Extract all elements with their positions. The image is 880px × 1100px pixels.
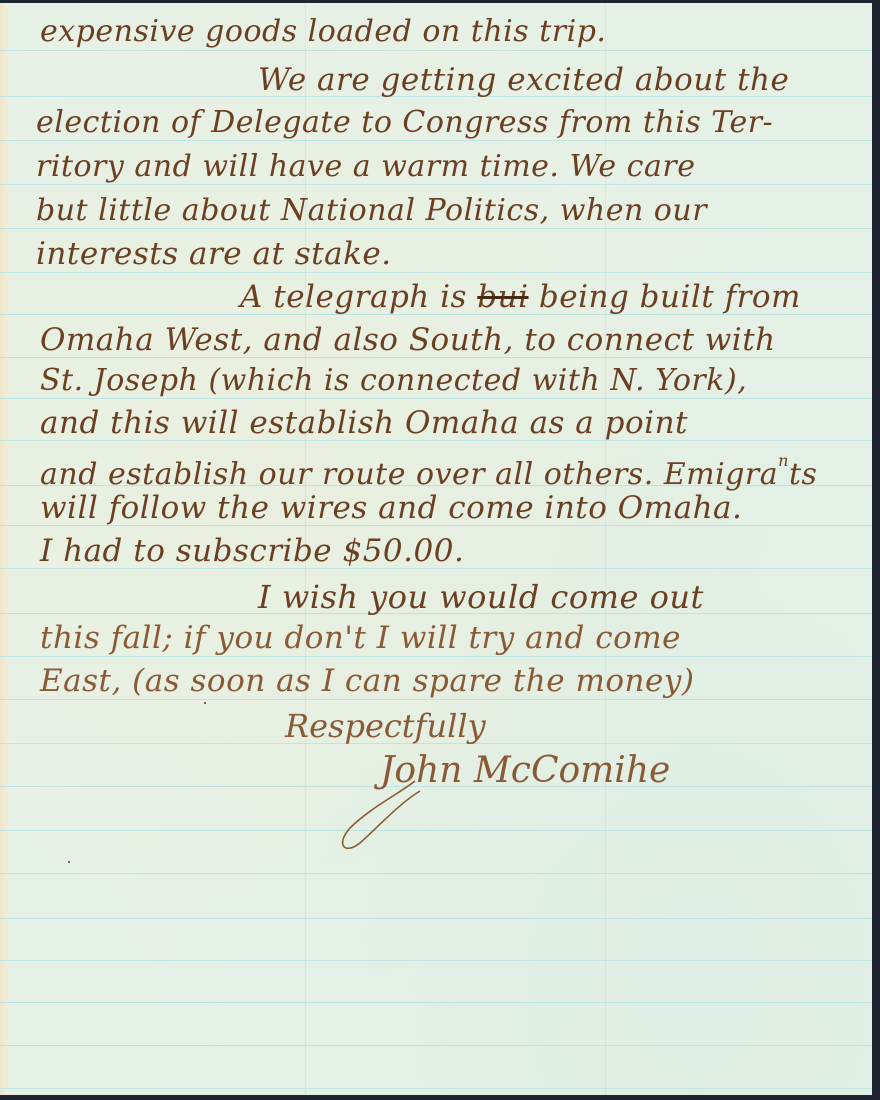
ruled-line bbox=[0, 272, 872, 273]
letter-line: will follow the wires and come into Omah… bbox=[40, 493, 742, 524]
struck-out-word: bui bbox=[477, 279, 528, 315]
letter-line: Omaha West, and also South, to connect w… bbox=[40, 325, 776, 356]
letter-line: and establish our route over all others.… bbox=[40, 453, 817, 490]
ruled-line bbox=[0, 873, 872, 874]
ruled-line bbox=[0, 228, 872, 229]
letter-line: ritory and will have a warm time. We car… bbox=[36, 152, 695, 182]
letter-line: interests are at stake. bbox=[36, 239, 392, 270]
paper-speck bbox=[68, 861, 70, 863]
letter-line: I wish you would come out bbox=[258, 581, 704, 613]
closing-salutation: Respectfully bbox=[285, 710, 486, 742]
ruled-line bbox=[0, 960, 872, 961]
superscript-insertion: n bbox=[778, 451, 789, 470]
line-text: and establish our route over all others.… bbox=[40, 457, 778, 492]
ruled-line bbox=[0, 398, 872, 399]
letter-line: We are getting excited about the bbox=[258, 65, 789, 96]
letter-line: St. Joseph (which is connected with N. Y… bbox=[40, 366, 747, 396]
ruled-line bbox=[0, 184, 872, 185]
ruled-line bbox=[0, 699, 872, 700]
ruled-line bbox=[0, 918, 872, 919]
letter-line: East, (as soon as I can spare the money) bbox=[40, 666, 694, 697]
paper-edge-margin bbox=[0, 3, 9, 1095]
letter-line: this fall; if you don't I will try and c… bbox=[40, 623, 681, 654]
paper-speck bbox=[204, 702, 206, 704]
ruled-line bbox=[0, 140, 872, 141]
ruled-line bbox=[0, 1088, 872, 1089]
letter-line: A telegraph is bui being built from bbox=[240, 282, 801, 313]
ruled-line bbox=[0, 50, 872, 51]
ruled-line bbox=[0, 1045, 872, 1046]
letter-line: election of Delegate to Congress from th… bbox=[36, 108, 773, 138]
line-text: ts bbox=[789, 457, 817, 492]
letter-page: expensive goods loaded on this trip. We … bbox=[0, 3, 872, 1095]
line-text: A telegraph is bbox=[240, 279, 477, 315]
letter-line: expensive goods loaded on this trip. bbox=[40, 17, 606, 47]
signature-flourish-icon bbox=[330, 773, 440, 853]
letter-line: and this will establish Omaha as a point bbox=[40, 408, 688, 439]
line-text: being built from bbox=[529, 279, 801, 315]
letter-line: I had to subscribe $50.00. bbox=[40, 536, 464, 567]
letter-line: but little about National Politics, when… bbox=[36, 196, 707, 226]
ruled-line bbox=[0, 656, 872, 657]
ruled-line bbox=[0, 1002, 872, 1003]
